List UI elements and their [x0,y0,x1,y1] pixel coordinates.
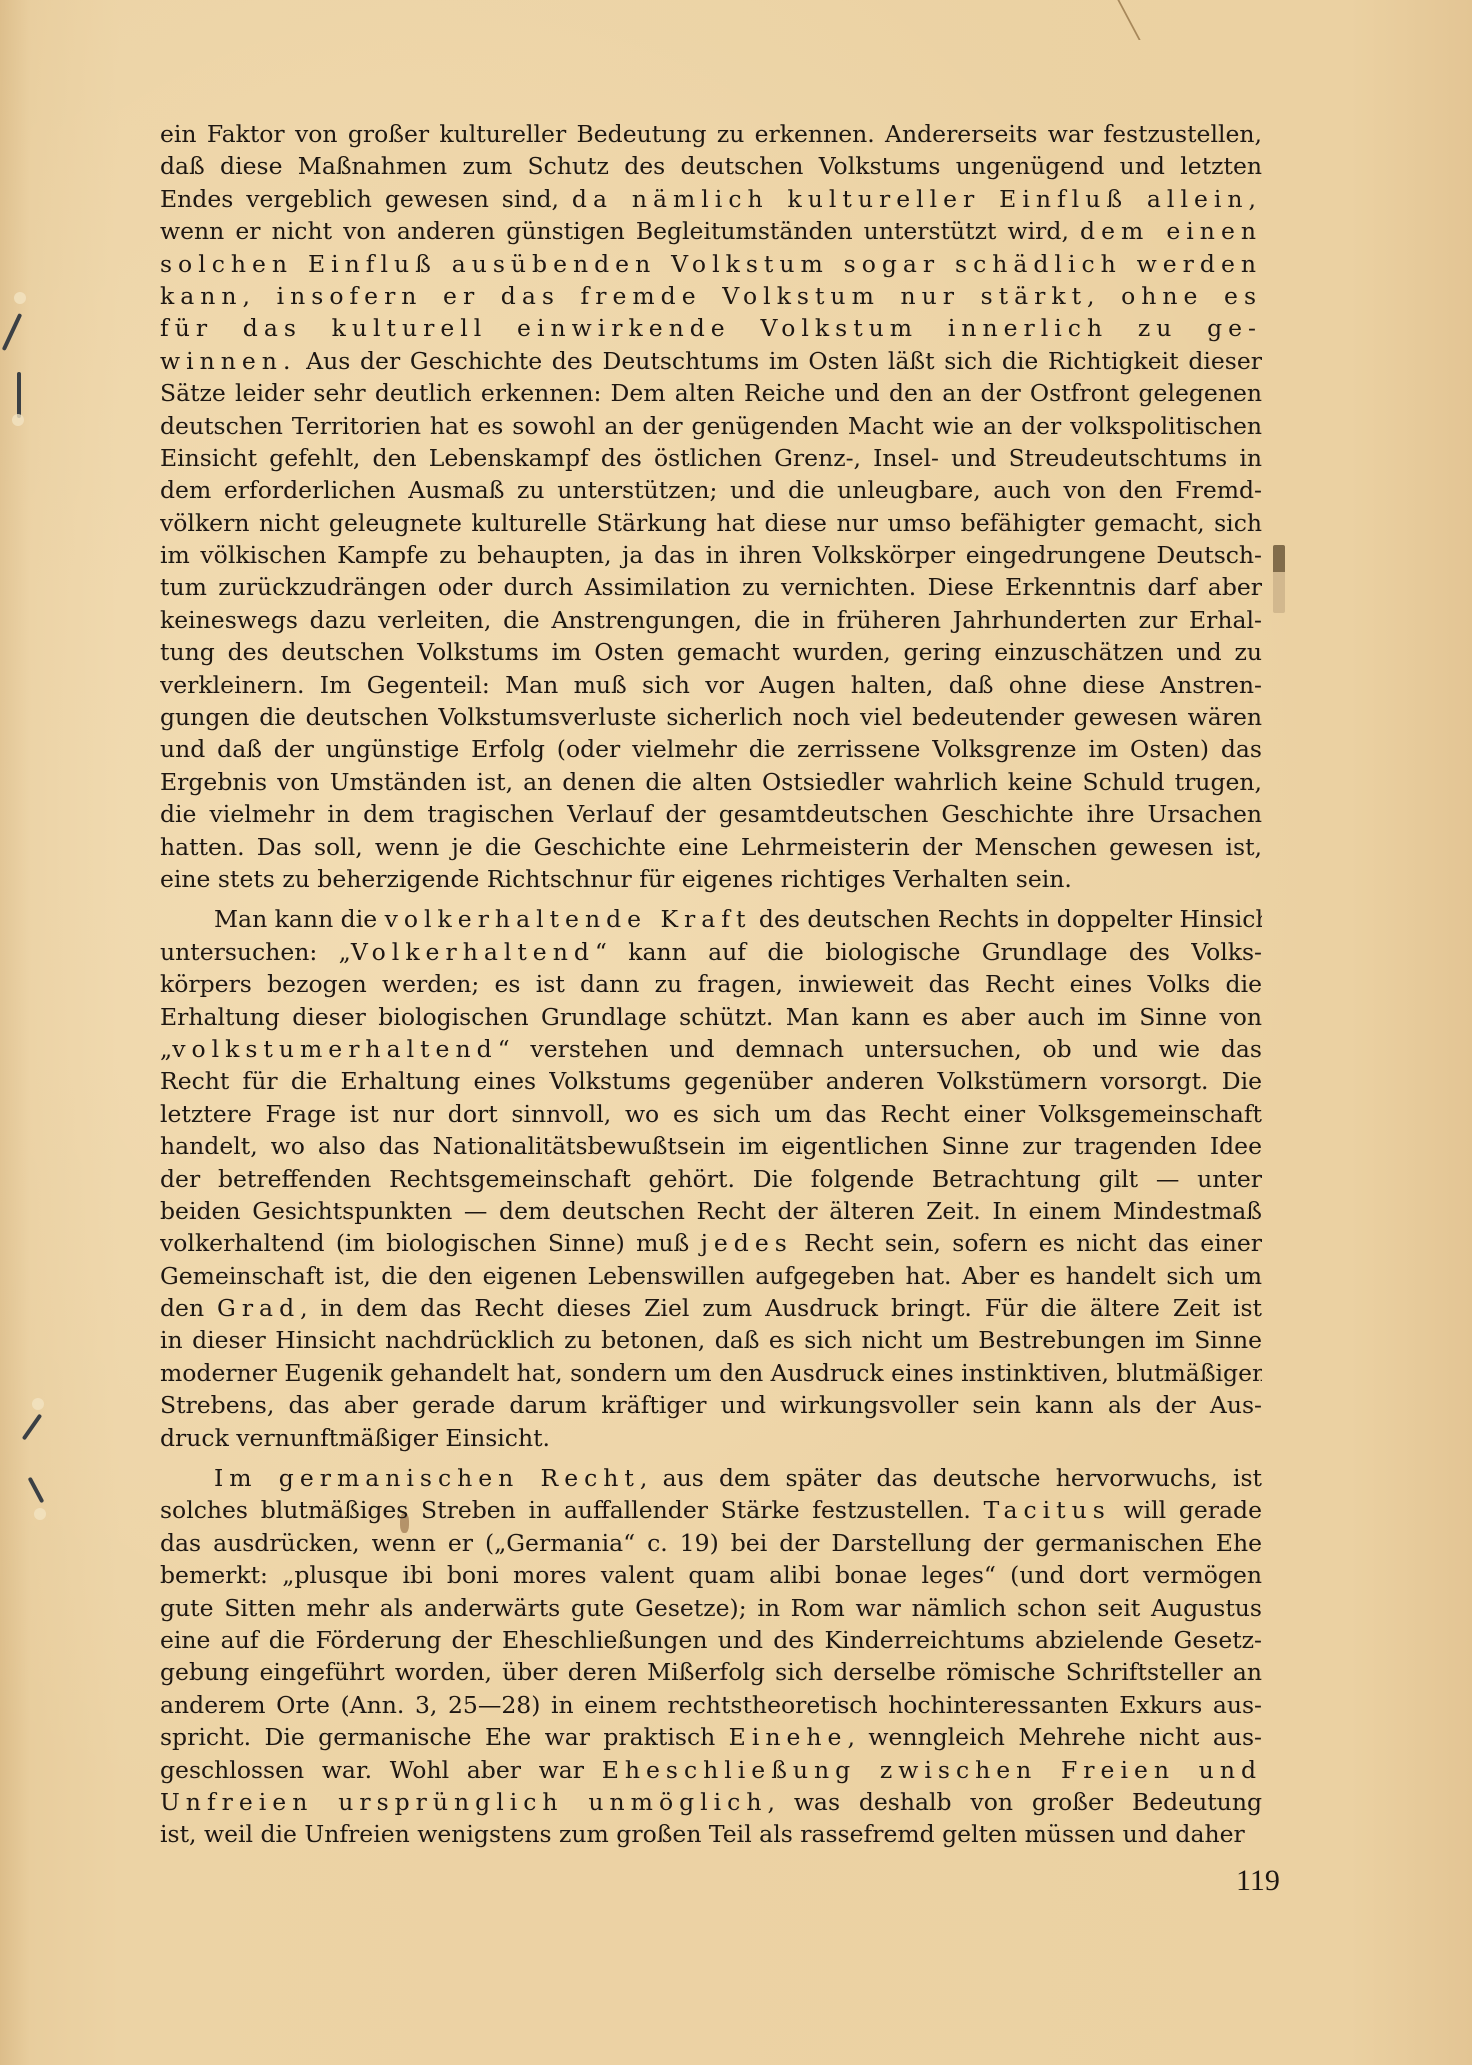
text-line: Strebens, das aber gerade darum kräftige… [160,1389,1262,1421]
text-run: Einsicht gefehlt, den Lebenskampf des ös… [160,444,1262,472]
emphasized-text: für das kulturell einwirkende Volkstum i… [160,314,1262,342]
text-run: solches blutmäßiges Streben in auffallen… [160,1496,984,1524]
text-run: “ verstehen und demnach untersuchen, ob … [498,1035,1262,1063]
staple-mark [17,372,21,418]
text-run: “ kann auf die biologische Grundlage des… [595,938,1262,966]
emphasized-text: Eheschließung zwischen Freien und [602,1756,1262,1784]
text-line: Man kann die volkerhaltende Kraft des de… [160,903,1262,935]
text-run: Recht für die Erhaltung eines Volkstums … [160,1067,1262,1095]
staple-hole [12,414,24,426]
text-line: im völkischen Kampfe zu behaupten, ja da… [160,539,1262,571]
text-line: körpers bezogen werden; es ist dann zu f… [160,968,1262,1000]
text-run: tung des deutschen Volkstums im Osten ge… [160,638,1262,666]
emphasized-text: Im germanischen Recht [214,1464,640,1492]
text-line: die vielmehr in dem tragischen Verlauf d… [160,798,1262,830]
text-line: der betreffenden Rechtsgemeinschaft gehö… [160,1163,1262,1195]
text-run: Endes vergeblich gewesen sind, [160,185,572,213]
staple-hole [34,1508,46,1520]
emphasized-text: winnen. [160,347,296,375]
text-run: das ausdrücken, wenn er („Germania“ c. 1… [160,1529,1262,1557]
text-run: , in dem das Recht dieses Ziel zum Ausdr… [300,1294,1262,1322]
text-run: geschlossen war. Wohl aber war [160,1756,602,1784]
tape-fragment [1273,545,1285,613]
staple-mark [28,1477,45,1504]
text-line: druck vernunftmäßiger Einsicht. [160,1422,1262,1454]
paragraph: Man kann die volkerhaltende Kraft des de… [160,903,1262,1454]
text-run: anderem Orte (Ann. 3, 25—28) in einem re… [160,1691,1262,1719]
text-line: den Grad, in dem das Recht dieses Ziel z… [160,1292,1262,1324]
text-line: völkern nicht geleugnete kulturelle Stär… [160,507,1262,539]
text-line: Endes vergeblich gewesen sind, da nämlic… [160,183,1262,215]
text-run: moderner Eugenik gehandelt hat, sondern … [160,1359,1262,1387]
text-line: Gemeinschaft ist, die den eigenen Lebens… [160,1260,1262,1292]
paragraph: Im germanischen Recht, aus dem später da… [160,1462,1262,1851]
text-line: volkerhaltend (im biologischen Sinne) mu… [160,1227,1262,1259]
text-line: gute Sitten mehr als anderwärts gute Ges… [160,1592,1262,1624]
text-line: solchen Einfluß ausübenden Volkstum soga… [160,248,1262,280]
text-line: Erhaltung dieser biologischen Grundlage … [160,1001,1262,1033]
text-run: keineswegs dazu verleiten, die Anstrengu… [160,606,1262,634]
text-line: gungen die deutschen Volkstumsverluste s… [160,701,1262,733]
text-line: winnen. Aus der Geschichte des Deutschtu… [160,345,1262,377]
text-line: Einsicht gefehlt, den Lebenskampf des ös… [160,442,1262,474]
text-line: „volkstumerhaltend“ verstehen und demnac… [160,1033,1262,1065]
emphasized-text: dem einen [1080,217,1262,245]
text-run: dem erforderlichen Ausmaß zu unterstütze… [160,476,1262,504]
emphasized-text: Volkerhaltend [351,938,595,966]
text-line: spricht. Die germanische Ehe war praktis… [160,1721,1262,1753]
text-run: Sätze leider sehr deutlich erkennen: Dem… [160,379,1262,407]
text-line: Ergebnis von Umständen ist, an denen die… [160,766,1262,798]
text-line: untersuchen: „Volkerhaltend“ kann auf di… [160,936,1262,968]
text-line: wenn er nicht von anderen günstigen Begl… [160,215,1262,247]
text-run: spricht. Die germanische Ehe war praktis… [160,1723,729,1751]
text-run: gute Sitten mehr als anderwärts gute Ges… [160,1594,1262,1622]
text-line: solches blutmäßiges Streben in auffallen… [160,1494,1262,1526]
text-run: deutschen Territorien hat es sowohl an d… [160,412,1262,440]
text-line: anderem Orte (Ann. 3, 25—28) in einem re… [160,1689,1262,1721]
text-line: Sätze leider sehr deutlich erkennen: Dem… [160,377,1262,409]
text-line: in dieser Hinsicht nachdrücklich zu beto… [160,1324,1262,1356]
text-line: tung des deutschen Volkstums im Osten ge… [160,636,1262,668]
text-run: , aus dem später das deutsche hervorwuch… [640,1464,1262,1492]
text-line: ein Faktor von großer kultureller Bedeut… [160,118,1262,150]
text-run: völkern nicht geleugnete kulturelle Stär… [160,509,1262,537]
text-line: Unfreien ursprünglich unmöglich, was des… [160,1786,1262,1818]
text-run: eine stets zu beherzigende Richtschnur f… [160,865,1072,893]
paper-crease [1117,0,1160,40]
text-run: Aus der Geschichte des Deutschtums im Os… [296,347,1262,375]
text-run: gebung eingeführt worden, über deren Miß… [160,1658,1262,1686]
text-run: im völkischen Kampfe zu behaupten, ja da… [160,541,1262,569]
text-line: keineswegs dazu verleiten, die Anstrengu… [160,604,1262,636]
text-run: ist, weil die Unfreien wenigstens zum gr… [160,1820,1245,1848]
text-line: dem erforderlichen Ausmaß zu unterstütze… [160,474,1262,506]
text-run: Gemeinschaft ist, die den eigenen Lebens… [160,1262,1262,1290]
text-run: „ [160,1035,172,1063]
text-run: den [160,1294,217,1322]
text-run: der betreffenden Rechtsgemeinschaft gehö… [160,1165,1262,1193]
text-run: Strebens, das aber gerade darum kräftige… [160,1391,1262,1419]
emphasized-text: Grad [217,1294,300,1322]
text-run: ein Faktor von großer kultureller Bedeut… [160,120,1262,148]
emphasized-text: kann, insofern er das fremde Volkstum nu… [160,282,1262,310]
text-line: hatten. Das soll, wenn je die Geschichte… [160,831,1262,863]
text-run: handelt, wo also das Nationalitätsbewußt… [160,1132,1262,1160]
text-run: Ergebnis von Umständen ist, an denen die… [160,768,1262,796]
text-line: bemerkt: „plusque ibi boni mores valent … [160,1559,1262,1591]
text-line: Im germanischen Recht, aus dem später da… [160,1462,1262,1494]
text-line: deutschen Territorien hat es sowohl an d… [160,410,1262,442]
text-line: letztere Frage ist nur dort sinnvoll, wo… [160,1098,1262,1130]
text-line: kann, insofern er das fremde Volkstum nu… [160,280,1262,312]
text-run: die vielmehr in dem tragischen Verlauf d… [160,800,1262,828]
text-run: in dieser Hinsicht nachdrücklich zu beto… [160,1326,1262,1354]
text-run: des deutschen Rechts in doppelter Hinsic… [751,905,1262,933]
text-line: und daß der ungünstige Erfolg (oder viel… [160,733,1262,765]
text-run: letztere Frage ist nur dort sinnvoll, wo… [160,1100,1262,1128]
text-line: moderner Eugenik gehandelt hat, sondern … [160,1357,1262,1389]
staple-mark [22,1414,42,1441]
text-line: daß diese Maßnahmen zum Schutz des deuts… [160,150,1262,182]
emphasized-text: da nämlich kultureller Einfluß allein, [572,185,1262,213]
text-run: tum zurückzudrängen oder durch Assimilat… [160,573,1262,601]
emphasized-text: volkerhaltende Kraft [385,905,752,933]
text-run: wenn er nicht von anderen günstigen Begl… [160,217,1080,245]
emphasized-text: solchen Einfluß ausübenden Volkstum soga… [160,250,1262,278]
text-run: und daß der ungünstige Erfolg (oder viel… [160,735,1262,763]
text-run: hatten. Das soll, wenn je die Geschichte… [160,833,1262,861]
text-line: gebung eingeführt worden, über deren Miß… [160,1656,1262,1688]
text-run: eine auf die Förderung der Eheschließung… [160,1626,1262,1654]
text-run: daß diese Maßnahmen zum Schutz des deuts… [160,152,1262,180]
page-number: 119 [1236,1864,1280,1898]
text-line: handelt, wo also das Nationalitätsbewußt… [160,1130,1262,1162]
text-line: für das kulturell einwirkende Volkstum i… [160,312,1262,344]
text-line: das ausdrücken, wenn er („Germania“ c. 1… [160,1527,1262,1559]
emphasized-text: volkstumerhaltend [172,1035,497,1063]
scanned-page: ein Faktor von großer kultureller Bedeut… [0,0,1472,2065]
emphasized-text: Unfreien ursprünglich unmöglich [160,1788,767,1816]
text-line: beiden Gesichtspunkten — dem deutschen R… [160,1195,1262,1227]
text-run: will gerade [1111,1496,1262,1524]
text-run: körpers bezogen werden; es ist dann zu f… [160,970,1262,998]
text-line: tum zurückzudrängen oder durch Assimilat… [160,571,1262,603]
text-line: Recht für die Erhaltung eines Volkstums … [160,1065,1262,1097]
text-line: eine stets zu beherzigende Richtschnur f… [160,863,1262,895]
emphasized-text: jedes [701,1229,793,1257]
emphasized-text: Einehe [729,1723,848,1751]
text-run: , wenngleich Mehrehe nicht aus- [847,1723,1262,1751]
staple-mark [2,313,23,351]
text-run: Recht sein, sofern es nicht das einer [793,1229,1262,1257]
text-line: ist, weil die Unfreien wenigstens zum gr… [160,1818,1262,1850]
text-line: geschlossen war. Wohl aber war Eheschlie… [160,1754,1262,1786]
text-run: gungen die deutschen Volkstumsverluste s… [160,703,1262,731]
text-run: , was deshalb von großer Bedeutung [767,1788,1262,1816]
text-line: eine auf die Förderung der Eheschließung… [160,1624,1262,1656]
text-line: verkleinern. Im Gegenteil: Man muß sich … [160,669,1262,701]
text-run: Erhaltung dieser biologischen Grundlage … [160,1003,1262,1031]
staple-hole [32,1398,44,1410]
text-run: untersuchen: „ [160,938,351,966]
staple-hole [14,292,26,304]
text-run: Man kann die [214,905,385,933]
emphasized-text: Tacitus [984,1496,1111,1524]
text-run: beiden Gesichtspunkten — dem deutschen R… [160,1197,1262,1225]
text-run: verkleinern. Im Gegenteil: Man muß sich … [160,671,1262,699]
body-text: ein Faktor von großer kultureller Bedeut… [160,118,1262,1851]
paragraph: ein Faktor von großer kultureller Bedeut… [160,118,1262,895]
text-run: bemerkt: „plusque ibi boni mores valent … [160,1561,1262,1589]
text-run: druck vernunftmäßiger Einsicht. [160,1424,550,1452]
text-run: volkerhaltend (im biologischen Sinne) mu… [160,1229,701,1257]
